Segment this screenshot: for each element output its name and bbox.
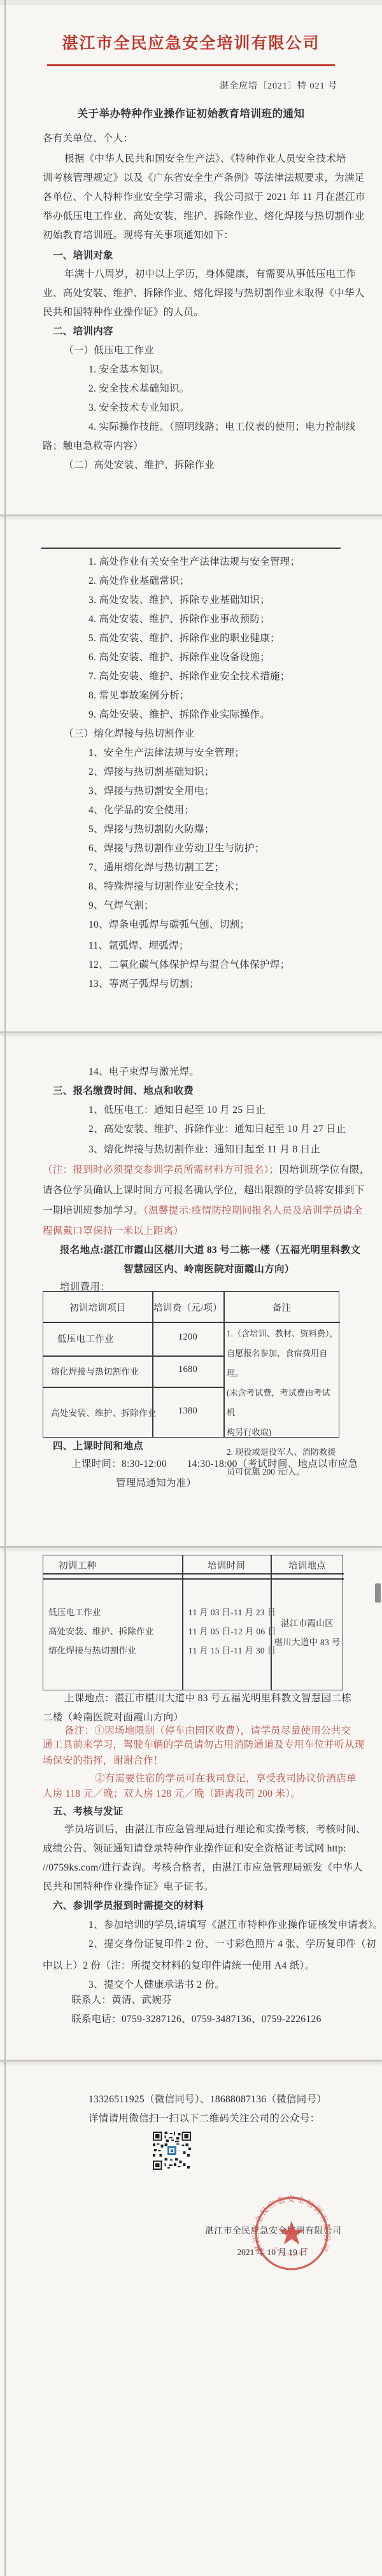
- scan-artifact: [375, 1583, 381, 1603]
- table-border: [43, 1578, 344, 1580]
- class-time-line: 管理局通知为准）: [116, 1477, 196, 1489]
- class-location-line: 二楼（岭南医院对面霞山方向）: [43, 1711, 183, 1723]
- list-item: 10、焊条电弧焊与碳弧气刨、切割；: [88, 919, 250, 931]
- wechat-qr-code-icon: [153, 2132, 191, 2170]
- material-item: 中以上）2 份（注：所提交材料的复印件请统一使用 A4 纸）。: [43, 1960, 315, 1972]
- list-item: 14、电子束焊与激光焊。: [88, 1066, 199, 1078]
- list-item: 7、通用熔化焊与热切割工艺；: [88, 861, 224, 874]
- subsection-1: （一）低压电工作业: [64, 344, 154, 357]
- target-line: 民共和国特种作业操作证》的人员。: [43, 306, 204, 318]
- schedule-table-header: 培训时间: [182, 1559, 271, 1572]
- fee-table-price: 1200: [152, 1332, 223, 1343]
- schedule-time: 11 月 05 日-12 月 06 日: [188, 1624, 276, 1637]
- target-line: 业、高处安装、维护、拆除作业、熔化焊接与热切割作业未取得《中华人: [43, 287, 365, 299]
- fee-table-header: 备注: [223, 1301, 340, 1314]
- table-border: [43, 1387, 223, 1388]
- material-item: 1、参加培训的学员,请填写《湛江市特种作业操作证核发申请表》。: [88, 1919, 382, 1931]
- schedule-time: 11 月 03 日-11 月 23 日: [188, 1605, 276, 1618]
- scanned-training-notice: 湛江市全民应急安全培训有限公司 湛全应培〔2021〕特 021 号 关于举办特种…: [0, 0, 382, 2576]
- list-item: 2. 高处作业基础常识；: [88, 575, 190, 587]
- subsection-3: （三）熔化焊接与热切割作业: [64, 728, 194, 740]
- list-item: 1、安全生产法律法规与安全管理；: [88, 747, 244, 759]
- class-location-line: 上课地点：湛江市椹川大道中 83 号五福光明里科教文智慧园二栋: [64, 1692, 351, 1704]
- schedule-job: 低压电工作业: [48, 1605, 101, 1618]
- section-heading-3: 三、报名缴费时间、地点和收费: [53, 1085, 194, 1097]
- assess-line: 民共和国特种作业操作证》电子证书。: [43, 1881, 214, 1893]
- list-item: 4. 高处安装、维护、拆除作业事故预防；: [88, 613, 270, 625]
- note-black-text: 一期培训班参加学习。: [43, 1205, 143, 1216]
- section-heading-6: 六、参训学员报到时需提交的材料: [53, 1900, 204, 1912]
- schedule-table: 初训工种 培训时间 培训地点 低压电工作业 高处安装、维护、拆除作业 熔化焊接与…: [43, 1555, 343, 1690]
- schedule-job: 高处安装、维护、拆除作业: [48, 1624, 154, 1637]
- deadline-item: 2、高处安装、维护、拆除作业：通知日起至 10 月 27 日止: [88, 1123, 346, 1135]
- signup-location-line: 报名地点:湛江市霞山区椹川大道 83 号二栋一楼（五福光明里科教文: [60, 1244, 360, 1256]
- note-red-text: （温馨提示:疫情防控期间报名人员及培训学员请全: [143, 1205, 362, 1216]
- note-black-text: 因培训班学位有限，: [279, 1164, 369, 1175]
- list-item: 13、等离子弧焊与切割；: [88, 978, 199, 990]
- remark-line: 场保安的指挥，谢谢合作！: [43, 1755, 164, 1767]
- notice-title: 关于举办特种作业操作证初始教育培训班的通知: [0, 105, 382, 120]
- list-item: 5、焊接与热切割防火防爆；: [88, 823, 215, 835]
- schedule-time: 11 月 15 日-11 月 30 日: [188, 1643, 276, 1656]
- schedule-table-header: 培训地点: [271, 1559, 344, 1572]
- fee-table-job: 熔化焊接与热切割作业: [51, 1364, 139, 1377]
- list-item: 4. 实际操作技能。（照明线路；电工仪表的使用；电力控制线: [88, 421, 355, 433]
- letterhead-rule: [47, 64, 335, 66]
- table-border: [43, 1573, 344, 1575]
- remark-line: 备注：①因场地限制（停车由园区收费），请学员尽量使用公共交: [64, 1725, 351, 1737]
- page-separator: [0, 514, 382, 516]
- official-seal-stamp-icon: 湛江市全民应急安全培训有限公司 4409024044216: [252, 2194, 331, 2273]
- schedule-location-line: 椹川大道中 83 号: [271, 1635, 344, 1648]
- contact-phones: 联系电话：0759-3287126、0759-3487136、0759-2226…: [71, 2013, 322, 2025]
- subsection-2: （二）高处安装、维护、拆除作业: [64, 459, 215, 471]
- fee-table-price: 1380: [152, 1406, 223, 1417]
- assess-line: //0759ks.com/进行查询。考核合格者，由湛江市应急管理局颁发《中华人: [43, 1862, 363, 1874]
- deadline-item: 3、熔化焊接与热切割作业：通知日起至 11 月 8 日止: [88, 1143, 320, 1156]
- document-number: 湛全应培〔2021〕特 021 号: [127, 79, 337, 92]
- contact-person: 联系人：黄清、武婉芬: [71, 1994, 172, 2006]
- intro-line: 根据《中华人民共和国安全生产法》、《特种作业人员安全技术培: [64, 153, 346, 165]
- assess-line: 学员培训后，由湛江市应急管理局进行理论和实操考核，考核时间、: [64, 1823, 366, 1836]
- material-item: 3、提交个人健康承诺书 2 份。: [88, 1979, 225, 1991]
- scan-left-edge: [4, 0, 6, 2576]
- salutation: 各有关单位、个人：: [43, 132, 133, 145]
- list-item: 5. 高处安装、维护、拆除作业的职业健康；: [88, 632, 280, 644]
- list-item: 2、焊接与热切割基础知识；: [88, 766, 215, 778]
- table-border: [43, 1322, 340, 1323]
- note-line: （注：报到时必须提交参训学员所需材料方可报名）；因培训班学位有限，: [43, 1164, 370, 1176]
- list-item: 9、气焊气割；: [88, 900, 154, 912]
- list-item: 9. 高处安装、维护、拆除作业实际操作。: [88, 709, 270, 721]
- target-line: 年满十八周岁，初中以上学历，身体健康，有需要从事低压电工作: [64, 268, 356, 280]
- note-line: 程佩戴口罩保持一米以上距离）: [43, 1225, 183, 1237]
- list-item: 3、焊接与热切割安全用电；: [88, 785, 215, 797]
- section-heading-4: 四、上课时间和地点: [53, 1440, 143, 1452]
- intro-line: 初始教育培训班。现将有关事项通知如下：: [43, 229, 234, 241]
- intro-line: 举办低压电工作业、高处安装、维护、拆除作业、熔化焊接与热切割作业: [43, 210, 365, 222]
- list-item: 11、氩弧焊、埋弧焊；: [88, 940, 189, 952]
- table-border: [43, 1355, 223, 1357]
- list-item: 路；触电急救等内容）: [43, 440, 143, 452]
- letterhead-company-name: 湛江市全民应急安全培训有限公司: [0, 31, 382, 53]
- schedule-job: 熔化焊接与热切割作业: [48, 1643, 136, 1656]
- page2-top-rule: [41, 548, 341, 549]
- note-line: 一期培训班参加学习。（温馨提示:疫情防控期间报名人员及培训学员请全: [43, 1205, 362, 1217]
- list-item: 7. 高处安装、维护、拆除作业安全技术措施；: [88, 670, 290, 683]
- list-item: 6、焊接与热切割作业劳动卫生与防护；: [88, 842, 265, 854]
- scan-top-edge: [0, 0, 382, 5]
- section-heading-1: 一、培训对象: [53, 250, 113, 262]
- svg-text:4409024044216: 4409024044216: [274, 2246, 310, 2258]
- section-heading-2: 二、培训内容: [53, 325, 113, 337]
- list-item: 4、化学品的安全使用；: [88, 804, 194, 816]
- list-item: 12、二氧化碳气体保护焊与混合气体保护焊；: [88, 959, 290, 971]
- page-separator: [0, 1546, 382, 1548]
- remark-line: 通工具前来学习，驾驶车辆的学员请勿占用消防通道及专用车位并听从现: [43, 1739, 365, 1751]
- list-item: 8. 常见事故案例分析；: [88, 690, 190, 702]
- list-item: 3. 高处安装、维护、拆除专业基础知识；: [88, 594, 270, 606]
- deadline-item: 1、低压电工：通知日起至 10 月 25 日止: [88, 1104, 265, 1116]
- list-item: 2. 安全技术基础知识。: [88, 383, 190, 395]
- seal-star-icon: [279, 2221, 304, 2245]
- fee-table-job: 低压电工作业: [57, 1332, 114, 1345]
- fee-table-header: 初训培训项目: [43, 1301, 152, 1314]
- list-item: 6. 高处安装、维护、拆除作业设备设施；: [88, 651, 270, 663]
- section-heading-5: 五、考核与发证: [53, 1806, 124, 1818]
- table-border: [182, 1555, 183, 1690]
- material-item: 2、提交身份证复印件 2 份、一寸彩色照片 4 张、学历复印件（初: [88, 1938, 376, 1950]
- fee-table-header: 培训费（元/项）: [152, 1301, 223, 1314]
- list-item: 8、特殊焊接与切割作业安全技术；: [88, 881, 244, 893]
- note-line: 请各位学员确认上课时间方可报名确认学位，超出限额的学员将安排到下: [43, 1184, 365, 1196]
- contact-mobiles: 13326511925（微信同号）、18688087136（微信同号）: [88, 2093, 327, 2105]
- list-item: 3. 安全技术专业知识。: [88, 402, 190, 414]
- intro-line: 各单位、个人特种作业安全学习需求，我公司拟于 2021 年 11 月在湛江市: [43, 191, 365, 203]
- list-item: 1. 高处作业有关安全生产法律法规与安全管理；: [88, 556, 300, 568]
- note-red-text: （注：报到时必须提交参训学员所需材料方可报名）；: [43, 1164, 279, 1175]
- fee-table-job: 高处安装、维护、拆除作业: [51, 1406, 157, 1419]
- seal-serial-text: 4409024044216: [274, 2246, 310, 2258]
- intro-line: 训考核管理规定》以及《广东省安全生产条例》等法律法规要求，为满足: [43, 172, 365, 184]
- remark-line: ②有需要住宿的学员可在我司登记，享受我司协议价酒店单: [95, 1773, 357, 1785]
- list-item: 1. 安全基本知识。: [88, 364, 169, 376]
- fee-table-price: 1680: [152, 1364, 223, 1375]
- qr-caption: 详情请用微信扫一扫以下二维码关注公司的公众号：: [88, 2112, 320, 2125]
- page-separator: [0, 2060, 382, 2062]
- page-separator: [0, 1031, 382, 1033]
- schedule-table-header: 初训工种: [59, 1559, 96, 1572]
- remark-line: 人房 118 元／晚；双人房 128 元／晚（距离我司 200 米）。: [43, 1788, 301, 1800]
- schedule-location-line: 湛江市霞山区: [271, 1616, 344, 1629]
- signup-location-line: 智慧园区内、岭南医院对面霞山方向）: [124, 1263, 295, 1275]
- fee-table: 初训培训项目 培训费（元/项） 备注 低压电工作业 1200 熔化焊接与热切割作…: [43, 1291, 339, 1438]
- class-time-line: 上课时间：8:30-12:00 14:30-18:00（考试时间、地点以市应急: [71, 1458, 358, 1470]
- assess-line: 成绩公告、领证通知请登录特种作业操作证和安全资格证考试网 http:: [43, 1843, 346, 1855]
